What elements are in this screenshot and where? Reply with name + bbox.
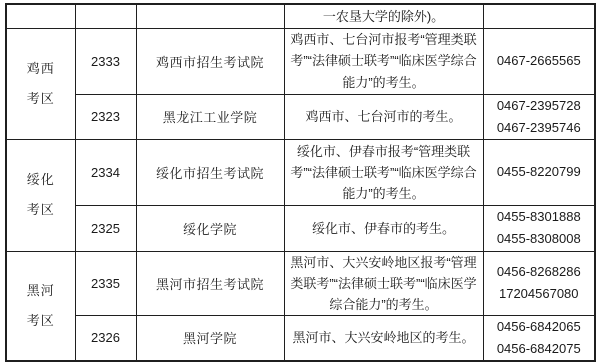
table-row: 鸡西 考区 2333 鸡西市招生考试院 鸡西市、七台河市报考“管理类联考”“法律… (6, 28, 595, 94)
site-name-cell: 黑河学院 (136, 315, 284, 361)
phone-cell: 0467-2665565 (483, 28, 595, 94)
site-code-cell: 2323 (75, 94, 136, 139)
site-code-cell-empty (75, 4, 136, 28)
eligibility-cell: 鸡西市、七台河市报考“管理类联考”“法律硕士联考”“临床医学综合能力”的考生。 (284, 28, 483, 94)
site-name-cell: 黑河市招生考试院 (136, 251, 284, 315)
phone-cell: 0455-8220799 (483, 139, 595, 205)
site-code-cell: 2335 (75, 251, 136, 315)
table-row: 2323 黑龙江工业学院 鸡西市、七台河市的考生。 0467-2395728 0… (6, 94, 595, 139)
exam-area-cell: 鸡西 考区 (6, 28, 75, 139)
table-row: 黑河 考区 2335 黑河市招生考试院 黑河市、大兴安岭地区报考“管理类联考”“… (6, 251, 595, 315)
phone-cell-empty (483, 4, 595, 28)
eligibility-cell: 黑河市、大兴安岭地区报考“管理类联考”“法律硕士联考”“临床医学综合能力”的考生… (284, 251, 483, 315)
site-code-cell: 2334 (75, 139, 136, 205)
site-name-cell: 绥化市招生考试院 (136, 139, 284, 205)
exam-area-cell: 绥化 考区 (6, 139, 75, 251)
site-name-cell-empty (136, 4, 284, 28)
document-page: 一农垦大学的除外)。 鸡西 考区 2333 鸡西市招生考试院 鸡西市、七台河市报… (0, 0, 600, 363)
phone-cell: 0456-8268286 17204567080 (483, 251, 595, 315)
exam-area-cell-empty (6, 4, 75, 28)
table-row: 2325 绥化学院 绥化市、伊春市的考生。 0455-8301888 0455-… (6, 205, 595, 251)
table-row-continuation: 一农垦大学的除外)。 (6, 4, 595, 28)
eligibility-cell: 绥化市、伊春市的考生。 (284, 205, 483, 251)
eligibility-cell: 绥化市、伊春市报考“管理类联考”“法律硕士联考”“临床医学综合能力”的考生。 (284, 139, 483, 205)
eligibility-cell: 鸡西市、七台河市的考生。 (284, 94, 483, 139)
eligibility-cell: 一农垦大学的除外)。 (284, 4, 483, 28)
phone-cell: 0456-6842065 0456-6842075 (483, 315, 595, 361)
table-row: 绥化 考区 2334 绥化市招生考试院 绥化市、伊春市报考“管理类联考”“法律硕… (6, 139, 595, 205)
exam-sites-table: 一农垦大学的除外)。 鸡西 考区 2333 鸡西市招生考试院 鸡西市、七台河市报… (5, 3, 596, 362)
site-code-cell: 2333 (75, 28, 136, 94)
site-code-cell: 2325 (75, 205, 136, 251)
exam-area-cell: 黑河 考区 (6, 251, 75, 361)
site-name-cell: 黑龙江工业学院 (136, 94, 284, 139)
site-name-cell: 绥化学院 (136, 205, 284, 251)
phone-cell: 0455-8301888 0455-8308008 (483, 205, 595, 251)
site-name-cell: 鸡西市招生考试院 (136, 28, 284, 94)
eligibility-cell: 黑河市、大兴安岭地区的考生。 (284, 315, 483, 361)
table-row: 2326 黑河学院 黑河市、大兴安岭地区的考生。 0456-6842065 04… (6, 315, 595, 361)
site-code-cell: 2326 (75, 315, 136, 361)
phone-cell: 0467-2395728 0467-2395746 (483, 94, 595, 139)
